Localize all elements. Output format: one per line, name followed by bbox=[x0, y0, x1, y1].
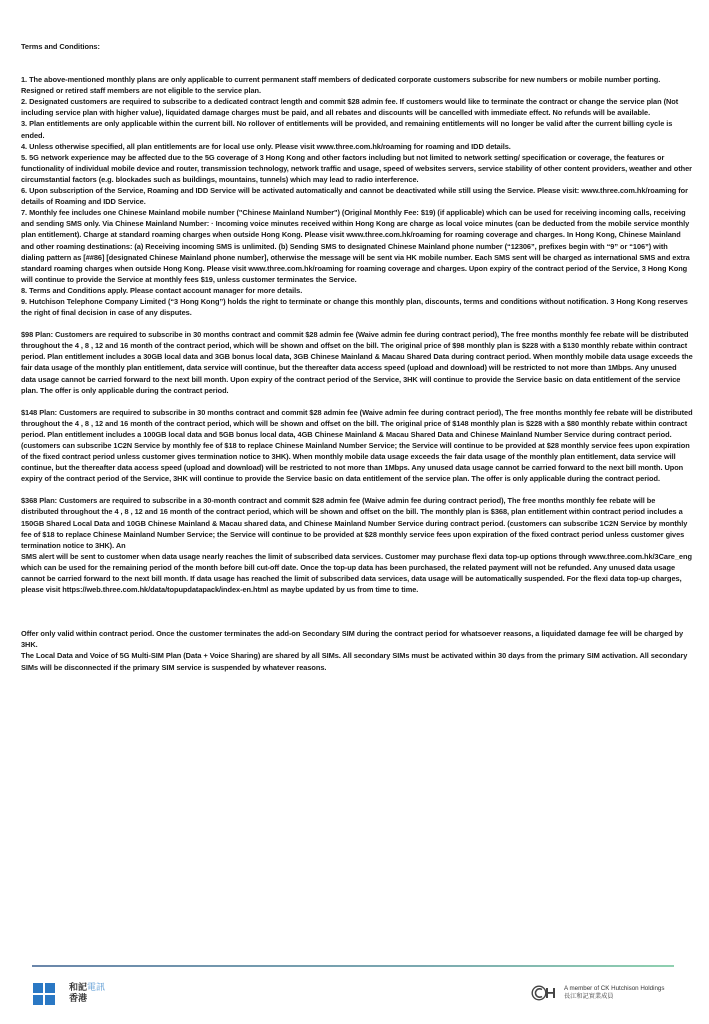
term-item: 4. Unless otherwise specified, all plan … bbox=[21, 141, 693, 152]
logo-text-telecom: 電訊 bbox=[87, 983, 105, 993]
three-hk-logo: 和記電訊 香港 bbox=[33, 983, 105, 1005]
footer-divider bbox=[32, 965, 674, 967]
logo-text-hong-kong: 香港 bbox=[69, 994, 105, 1005]
four-squares-logo-icon bbox=[33, 983, 55, 1005]
numbered-terms: 1. The above-mentioned monthly plans are… bbox=[21, 74, 693, 318]
logo-text-hutchison: 和記 bbox=[69, 983, 87, 993]
term-item: 3. Plan entitlements are only applicable… bbox=[21, 118, 693, 140]
term-item: 5. 5G network experience may be affected… bbox=[21, 152, 693, 185]
plan-368-sms-alert: SMS alert will be sent to customer when … bbox=[21, 551, 693, 595]
plan-148-terms: $148 Plan: Customers are required to sub… bbox=[21, 407, 693, 485]
secondary-sim-terms: Offer only valid within contract period.… bbox=[21, 628, 693, 650]
plan-368-terms: $368 Plan: Customers are required to sub… bbox=[21, 495, 693, 550]
term-item: 1. The above-mentioned monthly plans are… bbox=[21, 74, 693, 96]
ck-hutchison-logo: A member of CK Hutchison Holdings 長江和記實業… bbox=[531, 985, 664, 1001]
term-item: 7. Monthly fee includes one Chinese Main… bbox=[21, 207, 693, 285]
term-item: 6. Upon subscription of the Service, Roa… bbox=[21, 185, 693, 207]
terms-title: Terms and Conditions: bbox=[21, 41, 693, 52]
multi-sim-terms: The Local Data and Voice of 5G Multi-SIM… bbox=[21, 650, 693, 672]
plan-98-terms: $98 Plan: Customers are required to subs… bbox=[21, 329, 693, 396]
term-item: 2. Designated customers are required to … bbox=[21, 96, 693, 118]
ckh-member-chinese: 長江和記實業成員 bbox=[564, 993, 664, 1001]
ckh-logo-icon bbox=[531, 985, 559, 1001]
three-hk-chinese-name: 和記電訊 香港 bbox=[69, 983, 105, 1005]
term-item: 9. Hutchison Telephone Company Limited (… bbox=[21, 296, 693, 318]
ckh-member-text: A member of CK Hutchison Holdings 長江和記實業… bbox=[564, 985, 664, 1001]
ckh-member-english: A member of CK Hutchison Holdings bbox=[564, 985, 664, 993]
terms-document: Terms and Conditions: 1. The above-menti… bbox=[21, 41, 693, 673]
term-item: 8. Terms and Conditions apply. Please co… bbox=[21, 285, 693, 296]
